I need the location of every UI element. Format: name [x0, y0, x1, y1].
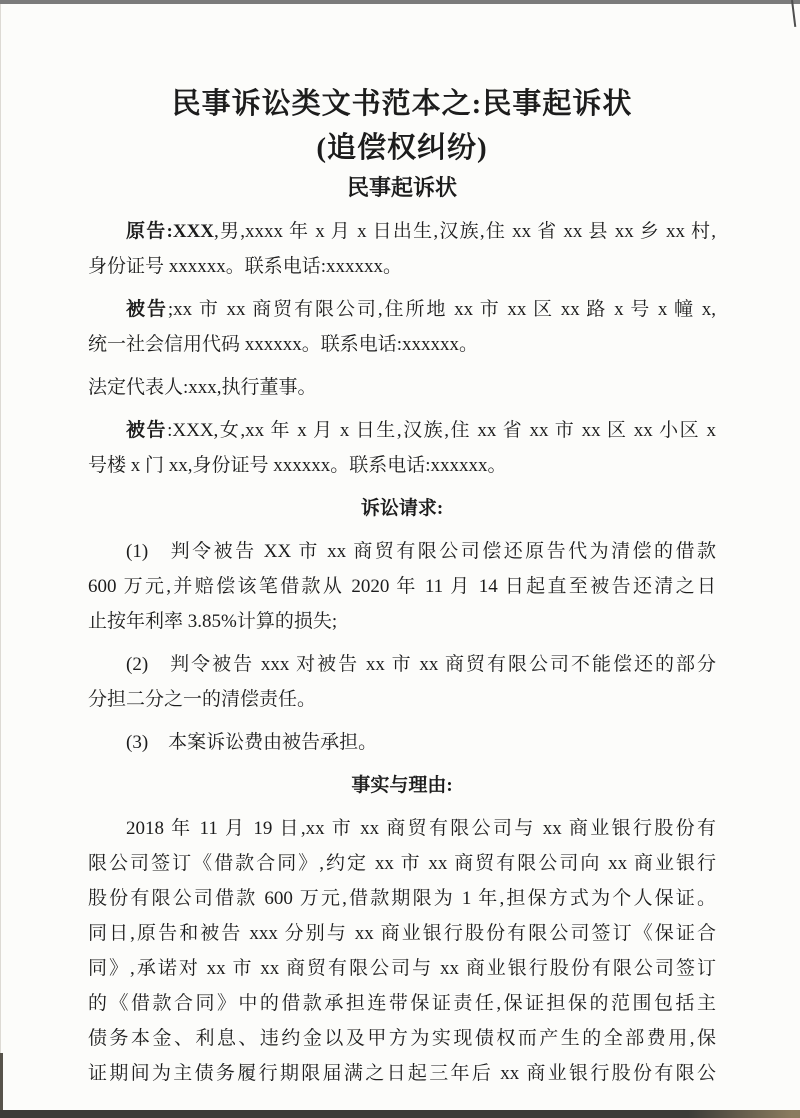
claim2-text: 判令被告 xxx 对被告 xx 市 xx 商贸有限公司不能偿还的部分: [168, 654, 716, 675]
defendant1-label: 被告: [126, 299, 168, 320]
defendant1-info: ;xx 市 xx 商贸有限公司,住所地 xx 市 xx 区 xx 路 x 号 x…: [168, 299, 716, 320]
facts-line: 股份有限公司借款 600 万元,借款期限为 1 年,担保方式为个人保证。: [88, 881, 716, 916]
document-content: 民事诉讼类文书范本之:民事起诉状 (追偿权纠纷) 民事起诉状 原告:XXX,男,…: [88, 0, 716, 1099]
facts-line: 限公司签订《借款合同》,约定 xx 市 xx 商贸有限公司向 xx 商业银行: [88, 846, 716, 881]
legal-representative-paragraph: 法定代表人:xxx,执行董事。: [88, 370, 716, 405]
scanned-document-page: 民事诉讼类文书范本之:民事起诉状 (追偿权纠纷) 民事起诉状 原告:XXX,男,…: [0, 0, 800, 1118]
claim1-line: (1)判令被告 XX 市 xx 商贸有限公司偿还原告代为清偿的借款: [88, 534, 716, 569]
scan-left-edge-dark-segment: [0, 1053, 3, 1113]
claim3-number: (3): [126, 732, 148, 753]
claim2-number: (2): [126, 654, 148, 675]
claims-heading: 诉讼请求:: [88, 491, 716, 526]
defendant1-line: 被告;xx 市 xx 商贸有限公司,住所地 xx 市 xx 区 xx 路 x 号…: [88, 292, 716, 327]
document-subtitle: 民事起诉状: [88, 170, 716, 206]
plaintiff-info: ,男,xxxx 年 x 月 x 日出生,汉族,住 xx 省 xx 县 xx 乡 …: [214, 221, 716, 242]
claim2-paragraph: (2)判令被告 xxx 对被告 xx 市 xx 商贸有限公司不能偿还的部分 分担…: [88, 647, 716, 717]
claim1-paragraph: (1)判令被告 XX 市 xx 商贸有限公司偿还原告代为清偿的借款 600 万元…: [88, 534, 716, 639]
plaintiff-line: 身份证号 xxxxxx。联系电话:xxxxxx。: [88, 249, 716, 284]
scan-bottom-edge: [0, 1110, 800, 1118]
scan-left-edge: [0, 4, 1, 1110]
defendant2-line: 被告:XXX,女,xx 年 x 月 x 日生,汉族,住 xx 省 xx 市 xx…: [88, 413, 716, 448]
facts-line: 的《借款合同》中的借款承担连带保证责任,保证担保的范围包括主: [88, 986, 716, 1021]
facts-heading: 事实与理由:: [88, 768, 716, 803]
claim1-text: 判令被告 XX 市 xx 商贸有限公司偿还原告代为清偿的借款: [168, 541, 716, 562]
claim3-text: 本案诉讼费由被告承担。: [168, 732, 377, 753]
plaintiff-label: 原告:XXX: [126, 221, 214, 242]
plaintiff-line: 原告:XXX,男,xxxx 年 x 月 x 日出生,汉族,住 xx 省 xx 县…: [88, 214, 716, 249]
defendant2-paragraph: 被告:XXX,女,xx 年 x 月 x 日生,汉族,住 xx 省 xx 市 xx…: [88, 413, 716, 483]
defendant2-label: 被告: [126, 420, 167, 441]
claim3-line: (3)本案诉讼费由被告承担。: [88, 725, 716, 760]
facts-paragraph: 2018 年 11 月 19 日,xx 市 xx 商贸有限公司与 xx 商业银行…: [88, 811, 716, 1091]
claim1-line: 600 万元,并赔偿该笔借款从 2020 年 11 月 14 日起直至被告还清之…: [88, 569, 716, 604]
scan-corner-artifact: [791, 0, 796, 27]
defendant1-paragraph: 被告;xx 市 xx 商贸有限公司,住所地 xx 市 xx 区 xx 路 x 号…: [88, 292, 716, 362]
document-title-line2: (追偿权纠纷): [88, 126, 716, 170]
claim2-line: 分担二分之一的清偿责任。: [88, 682, 716, 717]
claim1-number: (1): [126, 541, 148, 562]
facts-line: 2018 年 11 月 19 日,xx 市 xx 商贸有限公司与 xx 商业银行…: [88, 811, 716, 846]
claim3-paragraph: (3)本案诉讼费由被告承担。: [88, 725, 716, 760]
defendant2-line: 号楼 x 门 xx,身份证号 xxxxxx。联系电话:xxxxxx。: [88, 448, 716, 483]
facts-line: 债务本金、利息、违约金以及甲方为实现债权而产生的全部费用,保: [88, 1021, 716, 1056]
facts-line: 证期间为主债务履行期限届满之日起三年后 xx 商业银行股份有限公: [88, 1056, 716, 1091]
document-body: 原告:XXX,男,xxxx 年 x 月 x 日出生,汉族,住 xx 省 xx 县…: [88, 214, 716, 1091]
facts-line: 同日,原告和被告 xxx 分别与 xx 商业银行股份有限公司签订《保证合: [88, 916, 716, 951]
defendant1-line: 统一社会信用代码 xxxxxx。联系电话:xxxxxx。: [88, 327, 716, 362]
legal-representative-line: 法定代表人:xxx,执行董事。: [88, 370, 716, 405]
defendant2-info: :XXX,女,xx 年 x 月 x 日生,汉族,住 xx 省 xx 市 xx 区…: [167, 420, 716, 441]
claim1-line: 止按年利率 3.85%计算的损失;: [88, 604, 716, 639]
plaintiff-paragraph: 原告:XXX,男,xxxx 年 x 月 x 日出生,汉族,住 xx 省 xx 县…: [88, 214, 716, 284]
facts-line: 同》,承诺对 xx 市 xx 商贸有限公司与 xx 商业银行股份有限公司签订: [88, 951, 716, 986]
document-header: 民事诉讼类文书范本之:民事起诉状 (追偿权纠纷) 民事起诉状: [88, 82, 716, 206]
claim2-line: (2)判令被告 xxx 对被告 xx 市 xx 商贸有限公司不能偿还的部分: [88, 647, 716, 682]
document-title-line1: 民事诉讼类文书范本之:民事起诉状: [88, 82, 716, 126]
